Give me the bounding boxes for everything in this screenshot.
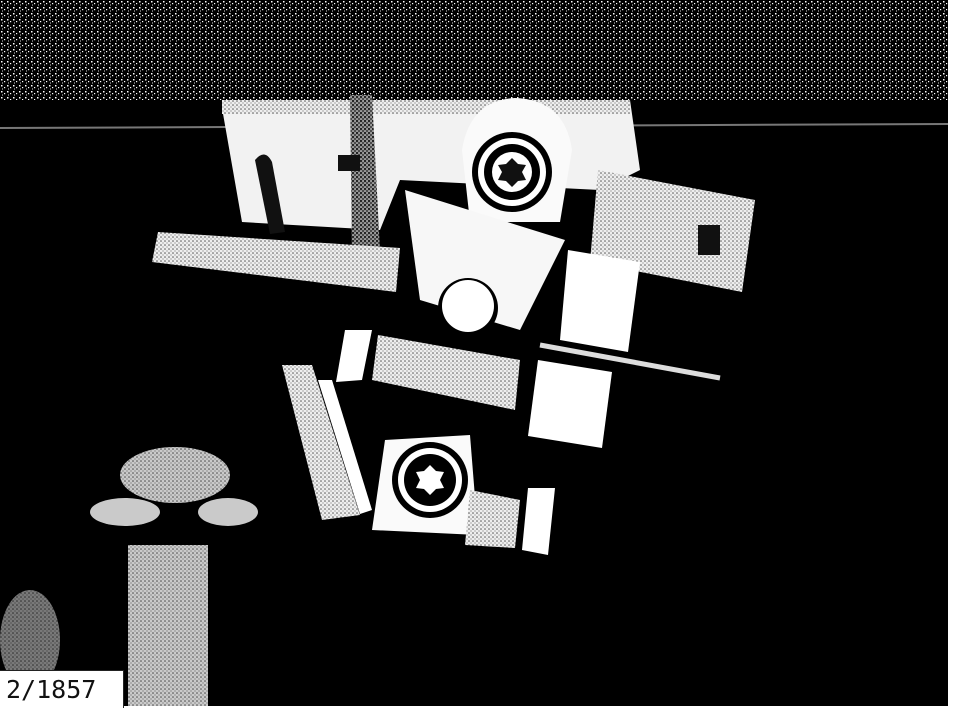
locating-pin	[442, 280, 494, 332]
photograph	[0, 0, 948, 706]
figure-label-box: 2/1857	[0, 670, 124, 708]
right-block-lower	[528, 360, 612, 448]
right-block-upper	[560, 250, 640, 352]
photo-drawing	[0, 0, 948, 706]
textured-surface	[0, 0, 948, 100]
figure-label: 2/1857	[6, 675, 96, 705]
